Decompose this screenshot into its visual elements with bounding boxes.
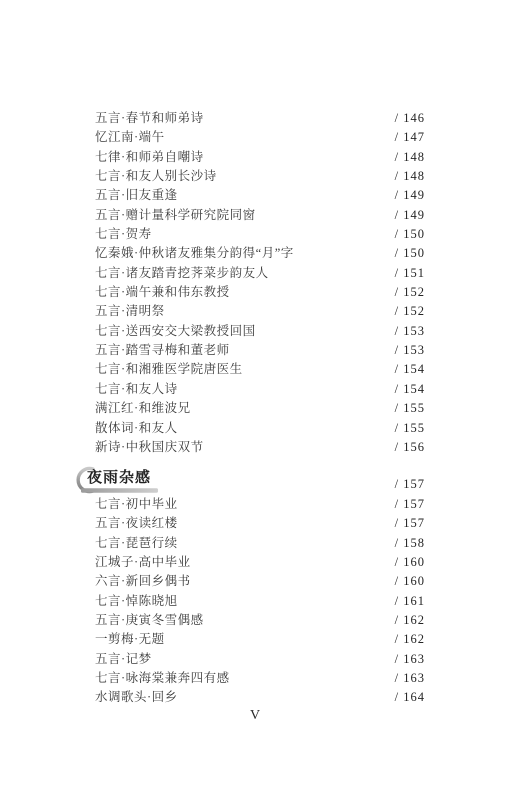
toc-entry-page-number: / 152 — [395, 285, 425, 300]
toc-entry-page-number: / 164 — [395, 690, 425, 705]
toc-entry-title: 五言·庚寅冬雪偶感 — [95, 610, 204, 628]
toc-entry-page-number: / 160 — [395, 574, 425, 589]
toc-entry: 七言·咏海棠兼奔四有感/ 163 — [95, 668, 425, 687]
toc-entry-page-number: / 154 — [395, 382, 425, 397]
toc-entry: 一剪梅·无题/ 162 — [95, 629, 425, 648]
toc-entry-page-number: / 153 — [395, 324, 425, 339]
toc-entry: 水调歌头·回乡/ 164 — [95, 687, 425, 706]
toc-entry: 七言·初中毕业/ 157 — [95, 494, 425, 513]
toc-entry-title: 五言·夜读红楼 — [95, 513, 178, 531]
toc-entry-title: 五言·旧友重逢 — [95, 185, 178, 203]
toc-entry-title: 七言·琵琶行续 — [95, 533, 178, 551]
toc-entry: 七言·诸友踏青挖荠菜步韵友人/ 151 — [95, 263, 425, 282]
toc-entry-page-number: / 151 — [395, 266, 425, 281]
section-page-number: / 157 — [395, 477, 425, 492]
toc-entry: 七言·贺寿/ 150 — [95, 224, 425, 243]
toc-entry-title: 七言·初中毕业 — [95, 494, 178, 512]
toc-entry-title: 五言·记梦 — [95, 649, 152, 667]
toc-entry-page-number: / 156 — [395, 440, 425, 455]
toc-entry-title: 七言·贺寿 — [95, 224, 152, 242]
toc-entry: 五言·庚寅冬雪偶感/ 162 — [95, 610, 425, 629]
toc-entry: 七言·悼陈晓旭/ 161 — [95, 591, 425, 610]
toc-entry-page-number: / 163 — [395, 671, 425, 686]
toc-entry-title: 水调歌头·回乡 — [95, 687, 178, 705]
toc-entry: 六言·新回乡偶书/ 160 — [95, 571, 425, 590]
toc-entry-title: 七言·和湘雅医学院唐医生 — [95, 359, 243, 377]
toc-entry-title: 忆秦娥·仲秋诸友雅集分韵得“月”字 — [95, 243, 294, 261]
toc-entry: 忆秦娥·仲秋诸友雅集分韵得“月”字/ 150 — [95, 243, 425, 262]
toc-entry-page-number: / 150 — [395, 246, 425, 261]
toc-entry-page-number: / 152 — [395, 304, 425, 319]
toc-entry: 五言·踏雪寻梅和董老师/ 153 — [95, 340, 425, 359]
toc-entry-page-number: / 149 — [395, 208, 425, 223]
toc-list-lower: 七言·初中毕业/ 157五言·夜读红楼/ 157七言·琵琶行续/ 158江城子·… — [95, 494, 425, 707]
toc-entry-page-number: / 162 — [395, 632, 425, 647]
toc-entry: 五言·夜读红楼/ 157 — [95, 513, 425, 532]
toc-entry-page-number: / 154 — [395, 362, 425, 377]
toc-entry-title: 五言·清明祭 — [95, 301, 165, 319]
toc-entry-title: 七言·咏海棠兼奔四有感 — [95, 668, 230, 686]
toc-entry-title: 散体词·和友人 — [95, 418, 178, 436]
toc-entry: 五言·记梦/ 163 — [95, 649, 425, 668]
toc-entry-page-number: / 150 — [395, 227, 425, 242]
toc-entry-page-number: / 155 — [395, 421, 425, 436]
toc-entry: 江城子·高中毕业/ 160 — [95, 552, 425, 571]
toc-entry-title: 五言·踏雪寻梅和董老师 — [95, 340, 230, 358]
toc-entry: 五言·赠计量科学研究院同窗/ 149 — [95, 205, 425, 224]
toc-entry-page-number: / 153 — [395, 343, 425, 358]
toc-entry-title: 满江红·和维波兄 — [95, 398, 191, 416]
toc-entry-title: 六言·新回乡偶书 — [95, 571, 191, 589]
toc-entry-title: 五言·赠计量科学研究院同窗 — [95, 205, 256, 223]
toc-entry-title: 新诗·中秋国庆双节 — [95, 437, 204, 455]
toc-entry: 七言·和友人诗/ 154 — [95, 379, 425, 398]
toc-entry: 七言·送西安交大梁教授回国/ 153 — [95, 321, 425, 340]
toc-entry-title: 七言·和友人诗 — [95, 379, 178, 397]
toc-entry-title: 七言·诸友踏青挖荠菜步韵友人 — [95, 263, 269, 281]
toc-entry: 七言·琵琶行续/ 158 — [95, 533, 425, 552]
toc-entry-title: 七言·端午兼和伟东教授 — [95, 282, 230, 300]
toc-entry-page-number: / 148 — [395, 150, 425, 165]
toc-entry-page-number: / 158 — [395, 536, 425, 551]
section-title: 夜雨杂感 — [87, 466, 151, 487]
toc-entry: 七律·和师弟自嘲诗/ 148 — [95, 147, 425, 166]
toc-entry-page-number: / 148 — [395, 169, 425, 184]
toc-entry-title: 七言·和友人别长沙诗 — [95, 166, 217, 184]
toc-entry: 七言·和湘雅医学院唐医生/ 154 — [95, 359, 425, 378]
toc-entry-title: 七言·悼陈晓旭 — [95, 591, 178, 609]
toc-entry-title: 五言·春节和师弟诗 — [95, 108, 204, 126]
toc-entry-title: 忆江南·端午 — [95, 127, 165, 145]
toc-entry-page-number: / 157 — [395, 516, 425, 531]
toc-entry-page-number: / 157 — [395, 497, 425, 512]
toc-entry: 满江红·和维波兄/ 155 — [95, 398, 425, 417]
toc-entry: 五言·旧友重逢/ 149 — [95, 185, 425, 204]
footer-page-number: V — [0, 708, 510, 724]
toc-entry-page-number: / 163 — [395, 652, 425, 667]
toc-entry-title: 七律·和师弟自嘲诗 — [95, 147, 204, 165]
toc-entry-title: 一剪梅·无题 — [95, 629, 165, 647]
toc-entry-title: 七言·送西安交大梁教授回国 — [95, 321, 256, 339]
toc-entry: 七言·端午兼和伟东教授/ 152 — [95, 282, 425, 301]
toc-entry: 忆江南·端午/ 147 — [95, 127, 425, 146]
toc-entry: 新诗·中秋国庆双节/ 156 — [95, 437, 425, 456]
toc-entry-page-number: / 147 — [395, 130, 425, 145]
book-toc-page: 五言·春节和师弟诗/ 146忆江南·端午/ 147七律·和师弟自嘲诗/ 148七… — [0, 0, 510, 800]
toc-entry: 七言·和友人别长沙诗/ 148 — [95, 166, 425, 185]
toc-entry-page-number: / 149 — [395, 188, 425, 203]
toc-entry-page-number: / 161 — [395, 594, 425, 609]
toc-entry: 五言·春节和师弟诗/ 146 — [95, 108, 425, 127]
toc-entry: 散体词·和友人/ 155 — [95, 418, 425, 437]
toc-entry-page-number: / 160 — [395, 555, 425, 570]
toc-entry-page-number: / 162 — [395, 613, 425, 628]
toc-entry-page-number: / 155 — [395, 401, 425, 416]
toc-entry: 五言·清明祭/ 152 — [95, 301, 425, 320]
toc-list-upper: 五言·春节和师弟诗/ 146忆江南·端午/ 147七律·和师弟自嘲诗/ 148七… — [95, 108, 425, 456]
toc-entry-title: 江城子·高中毕业 — [95, 552, 191, 570]
toc-entry-page-number: / 146 — [395, 111, 425, 126]
